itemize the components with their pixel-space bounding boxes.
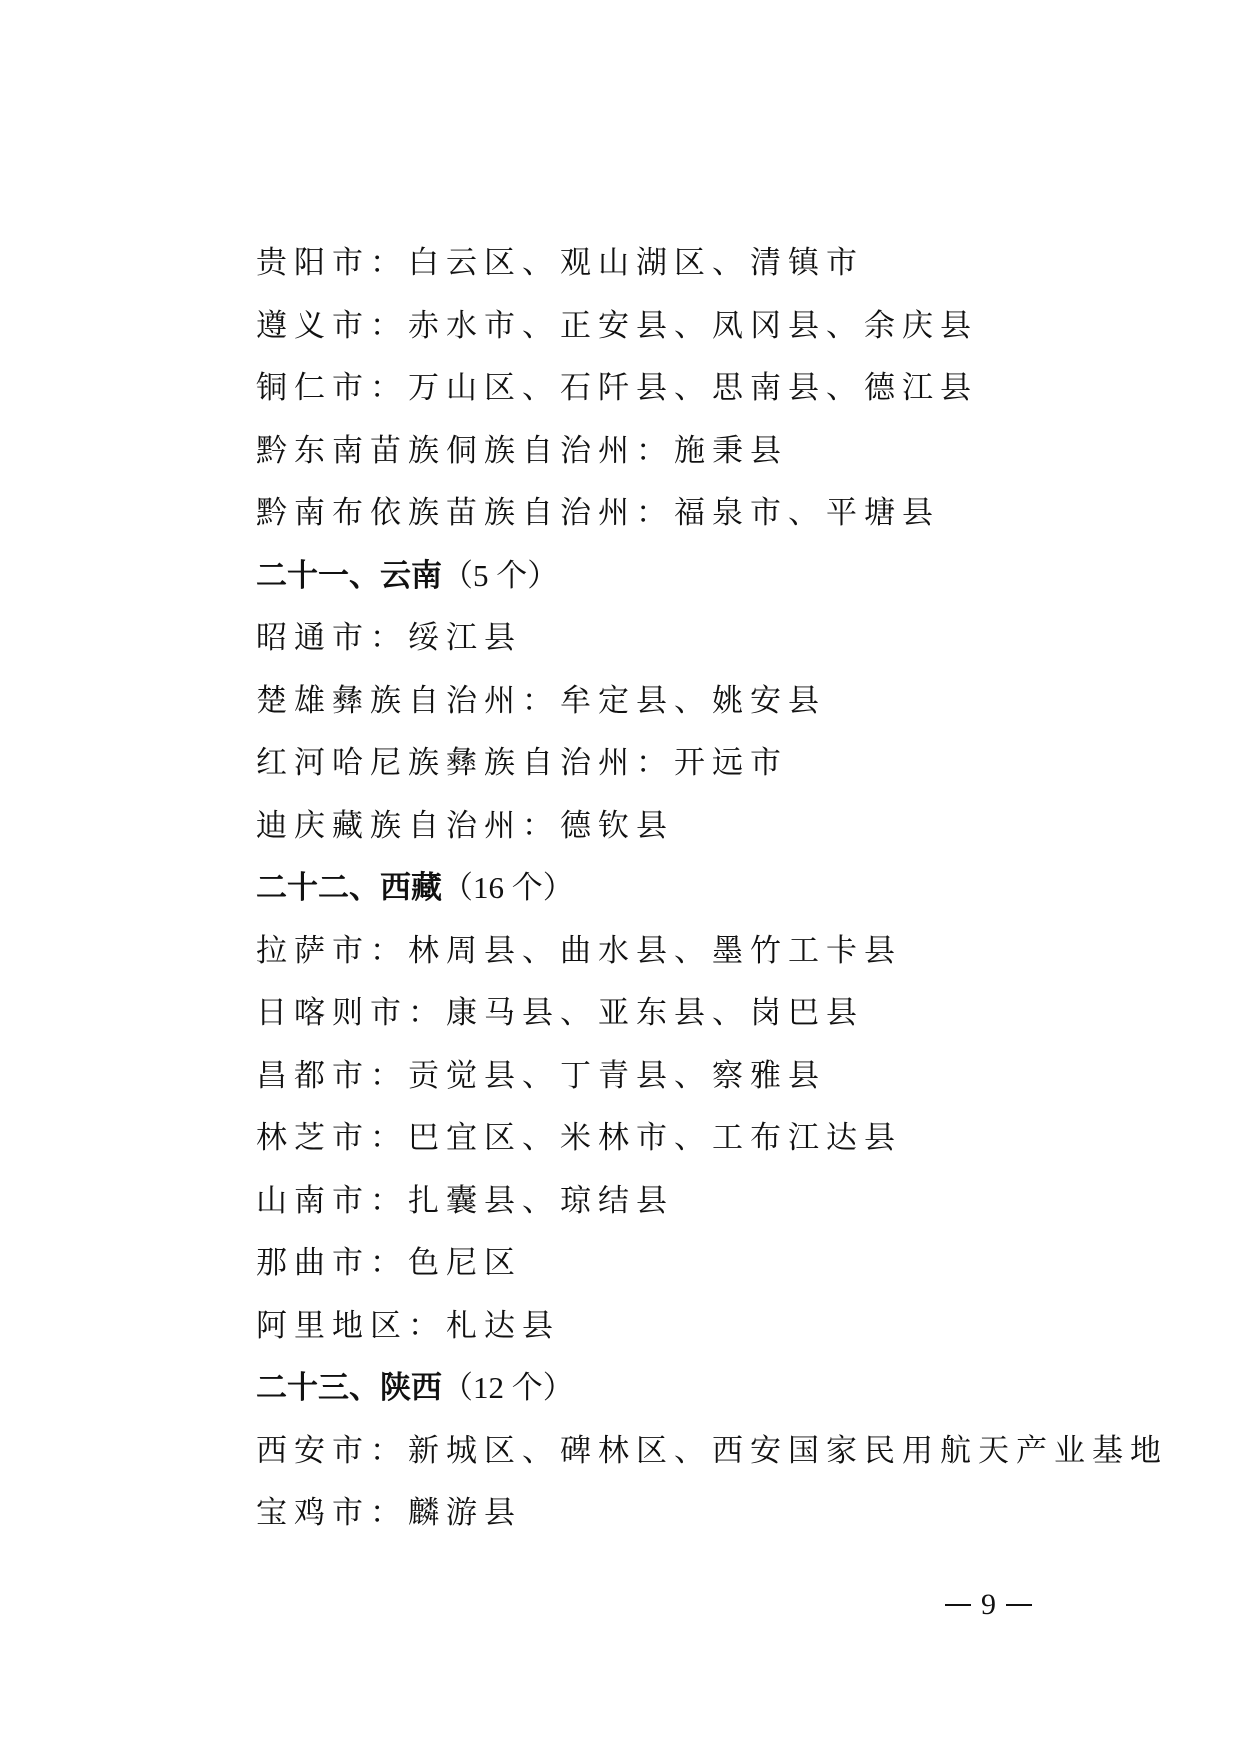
section-count: （12 个） (442, 1370, 574, 1405)
document-page: 贵阳市：白云区、观山湖区、清镇市 遵义市：赤水市、正安县、凤冈县、余庆县 铜仁市… (0, 0, 1241, 1754)
dash-decoration (1006, 1604, 1032, 1606)
list-item: 遵义市：赤水市、正安县、凤冈县、余庆县 (256, 295, 1086, 358)
list-item: 贵阳市：白云区、观山湖区、清镇市 (256, 232, 1086, 295)
section-count: （16 个） (442, 870, 574, 905)
section-heading-yunnan: 二十一、云南（5 个） (256, 545, 1086, 608)
section-title: 二十一、云南 (256, 558, 442, 594)
list-item: 楚雄彝族自治州：牟定县、姚安县 (256, 670, 1086, 733)
list-item: 红河哈尼族彝族自治州：开远市 (256, 732, 1086, 795)
page-footer: 9 (945, 1588, 1065, 1622)
list-item: 铜仁市：万山区、石阡县、思南县、德江县 (256, 357, 1086, 420)
list-item: 山南市：扎囊县、琼结县 (256, 1170, 1086, 1233)
section-heading-shaanxi: 二十三、陕西（12 个） (256, 1357, 1086, 1420)
list-item: 昌都市：贡觉县、丁青县、察雅县 (256, 1045, 1086, 1108)
document-body: 贵阳市：白云区、观山湖区、清镇市 遵义市：赤水市、正安县、凤冈县、余庆县 铜仁市… (256, 232, 1086, 1545)
section-title: 二十二、西藏 (256, 870, 442, 906)
list-item: 拉萨市：林周县、曲水县、墨竹工卡县 (256, 920, 1086, 983)
dash-decoration (945, 1604, 971, 1606)
list-item: 迪庆藏族自治州：德钦县 (256, 795, 1086, 858)
list-item: 黔南布依族苗族自治州：福泉市、平塘县 (256, 482, 1086, 545)
page-number: 9 (981, 1588, 996, 1622)
list-item: 西安市：新城区、碑林区、西安国家民用航天产业基地 (256, 1420, 1086, 1483)
section-heading-xizang: 二十二、西藏（16 个） (256, 857, 1086, 920)
list-item: 日喀则市：康马县、亚东县、岗巴县 (256, 982, 1086, 1045)
list-item: 昭通市：绥江县 (256, 607, 1086, 670)
list-item: 宝鸡市：麟游县 (256, 1482, 1086, 1545)
section-title: 二十三、陕西 (256, 1370, 442, 1406)
list-item: 林芝市：巴宜区、米林市、工布江达县 (256, 1107, 1086, 1170)
list-item: 黔东南苗族侗族自治州：施秉县 (256, 420, 1086, 483)
list-item: 阿里地区：札达县 (256, 1295, 1086, 1358)
list-item: 那曲市：色尼区 (256, 1232, 1086, 1295)
section-count: （5 个） (442, 558, 558, 593)
